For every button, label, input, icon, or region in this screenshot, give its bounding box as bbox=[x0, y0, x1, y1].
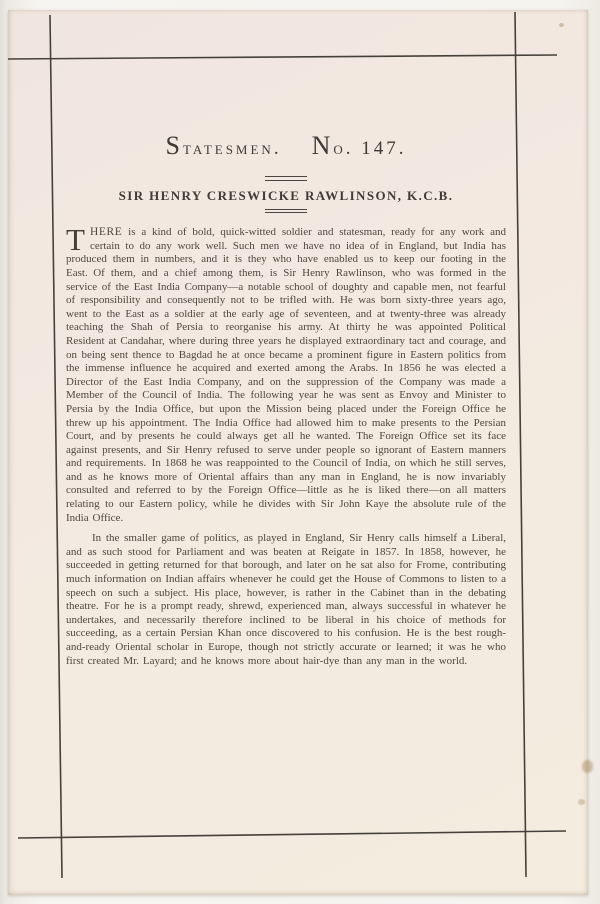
article-body: THERE is a kind of bold, quick-witted so… bbox=[66, 226, 506, 668]
frame-line-bottom bbox=[18, 831, 566, 838]
decorative-rule bbox=[265, 209, 307, 214]
paragraph-1: THERE is a kind of bold, quick-witted so… bbox=[66, 226, 506, 525]
lead-word: HERE bbox=[90, 226, 122, 238]
article-title: SIR HENRY CRESWICKE RAWLINSON, K.C.B. bbox=[66, 188, 506, 204]
paragraph-1-text: is a kind of bold, quick-witted soldier … bbox=[66, 226, 506, 523]
paragraph-2: In the smaller game of politics, as play… bbox=[66, 532, 506, 668]
masthead: Statesmen. No. 147. bbox=[66, 131, 506, 161]
page-scan: Statesmen. No. 147. SIR HENRY CRESWICKE … bbox=[0, 0, 600, 904]
frame-line-left bbox=[50, 15, 62, 878]
decorative-rule bbox=[265, 176, 307, 181]
drop-cap: T bbox=[66, 226, 90, 252]
page-content: Statesmen. No. 147. SIR HENRY CRESWICKE … bbox=[66, 131, 506, 668]
frame-line-right bbox=[515, 12, 526, 877]
frame-line-top bbox=[8, 55, 557, 59]
issue-number: No. 147. bbox=[312, 131, 407, 161]
publication-name: Statesmen. bbox=[166, 131, 282, 161]
